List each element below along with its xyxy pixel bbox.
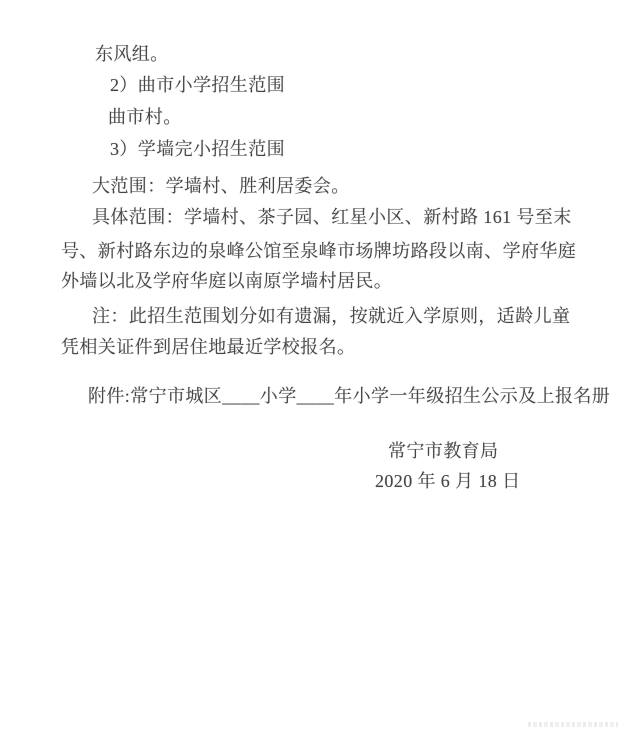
document-page: 东风组。 2）曲市小学招生范围 曲市村。 3）学墙完小招生范围 大范围：学墙村、…	[0, 0, 637, 731]
doc-line-note: 注：此招生范围划分如有遗漏，按就近入学原则，适龄儿童	[92, 305, 570, 327]
faint-watermark	[528, 722, 618, 727]
doc-line: 东风组。	[95, 43, 169, 65]
issue-date: 2020 年 6 月 18 日	[375, 470, 521, 492]
doc-line: 外墙以北及学府华庭以南原学墙村居民。	[61, 270, 392, 292]
doc-line-section-heading: 3）学墙完小招生范围	[110, 138, 285, 160]
doc-line: 号、新村路东边的泉峰公馆至泉峰市场牌坊路段以南、学府华庭	[61, 240, 576, 262]
doc-line: 具体范围：学墙村、茶子园、红星小区、新村路 161 号至末	[92, 206, 572, 228]
doc-line-attachment: 附件:常宁市城区____小学____年小学一年级招生公示及上报名册	[88, 385, 610, 407]
doc-line-note: 凭相关证件到居住地最近学校报名。	[61, 336, 355, 358]
doc-line: 大范围：学墙村、胜利居委会。	[92, 175, 350, 197]
issuer-signature: 常宁市教育局	[388, 440, 498, 462]
doc-line-section-heading: 2）曲市小学招生范围	[110, 74, 285, 96]
doc-line: 曲市村。	[108, 106, 182, 128]
